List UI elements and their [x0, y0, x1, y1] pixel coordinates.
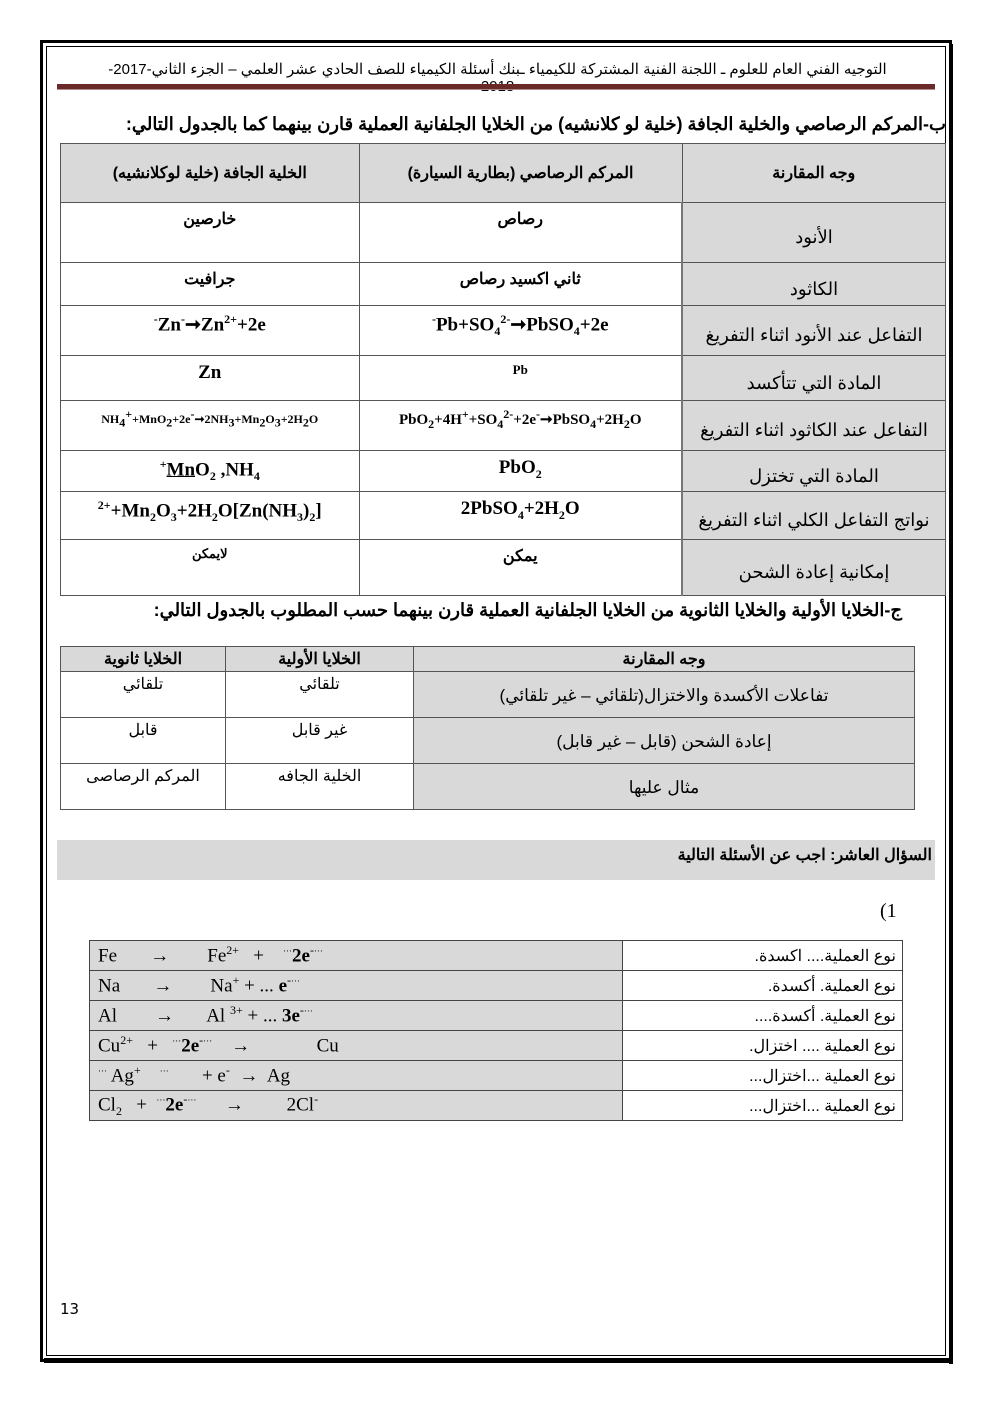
equation-cell: Na → Na+ + ... e-···: [90, 971, 623, 1001]
lead-cell: Pb+SO42-➞PbSO4+2e-: [359, 306, 682, 356]
question-10-banner: السؤال العاشر: اجب عن الأسئلة التالية: [57, 840, 935, 880]
lead-cell: PbO2+4H++SO42-+2e-➞PbSO4+2H2O: [359, 401, 682, 451]
column-header: الخلايا ثانوية: [61, 647, 226, 672]
row-label: إمكانية إعادة الشحن: [682, 540, 946, 596]
primary-cell: غير قابل: [226, 718, 414, 764]
row-label: المادة التي تختزل: [682, 451, 946, 492]
table-row: إعادة الشحن (قابل – غير قابل) غير قابل ق…: [61, 718, 915, 764]
dry-cell: جرافيت: [61, 263, 360, 306]
primary-cell: تلقائي: [226, 672, 414, 718]
dry-cell: Zn-➞Zn2++2e-: [61, 306, 360, 356]
process-type-cell: نوع العملية. أكسدة....: [623, 1001, 903, 1031]
table-row: التفاعل عند الكاثود اثناء التفريغ PbO2+4…: [61, 401, 946, 451]
lead-cell: رصاص: [359, 203, 682, 263]
page-number: 13: [60, 1300, 79, 1318]
process-type-cell: نوع العملية. أكسدة.: [623, 971, 903, 1001]
secondary-cell: تلقائي: [61, 672, 226, 718]
table-row: نواتج التفاعل الكلي اثناء التفريغ 2PbSO4…: [61, 492, 946, 540]
dry-cell: [Zn(NH3)2]2++Mn2O3+2H2O: [61, 492, 360, 540]
item-number: (1: [880, 900, 897, 923]
primary-vs-secondary-cells-table: وجه المقارنة الخلايا الأولية الخلايا ثان…: [60, 646, 915, 810]
primary-cell: الخلية الجافه: [226, 764, 414, 810]
table-row: الأنود رصاص خارصين: [61, 203, 946, 263]
column-header: وجه المقارنة: [414, 647, 915, 672]
dry-cell: NH4++MnO2+2e-➞2NH3+Mn2O3+2H2O: [61, 401, 360, 451]
lead-vs-dry-cell-table: وجه المقارنة المركم الرصاصي (بطارية السي…: [60, 143, 946, 596]
row-label: المادة التي تتأكسد: [682, 356, 946, 401]
column-header: المركم الرصاصي (بطارية السيارة): [359, 144, 682, 203]
table-row: الكاثود ثاني اكسيد رصاص جرافيت: [61, 263, 946, 306]
header-divider: [57, 84, 935, 90]
dry-cell: خارصين: [61, 203, 360, 263]
row-label: إعادة الشحن (قابل – غير قابل): [414, 718, 915, 764]
table-row: المادة التي تختزل PbO2 MnO2 ,NH4+: [61, 451, 946, 492]
equation-cell: ··· Ag+ ··· + e- → Ag: [90, 1061, 623, 1091]
process-type-cell: نوع العملية .... اختزال.: [623, 1031, 903, 1061]
dry-cell: MnO2 ,NH4+: [61, 451, 360, 492]
section-c-title: ج-الخلايا الأولية والخلايا الثانوية من ا…: [154, 600, 902, 621]
row-label: تفاعلات الأكسدة والاختزال(تلقائي – غير ت…: [414, 672, 915, 718]
lead-cell: PbO2: [359, 451, 682, 492]
page-border-shadow: [949, 44, 953, 1364]
row-label: التفاعل عند الأنود اثناء التفريغ: [682, 306, 946, 356]
row-label: نواتج التفاعل الكلي اثناء التفريغ: [682, 492, 946, 540]
secondary-cell: المركم الرصاصى: [61, 764, 226, 810]
lead-cell: يمكن: [359, 540, 682, 596]
column-header: وجه المقارنة: [682, 144, 946, 203]
lead-cell: 2PbSO4+2H2O: [359, 492, 682, 540]
column-header: الخلايا الأولية: [226, 647, 414, 672]
dry-cell: لايمكن: [61, 540, 360, 596]
lead-cell: Pb: [359, 356, 682, 401]
row-label: الكاثود: [682, 263, 946, 306]
equation-cell: Cl2 + ···2e-··· → 2Cl-: [90, 1091, 623, 1121]
column-header: الخلية الجافة (خلية لوكلانشيه): [61, 144, 360, 203]
dry-cell: Zn: [61, 356, 360, 401]
table-row: Cl2 + ···2e-··· → 2Cl- نوع العملية ...اخ…: [90, 1091, 903, 1121]
table-row: Fe → Fe2+ + ···2e-··· نوع العملية.... اك…: [90, 941, 903, 971]
equation-cell: Al → Al 3+ + ... 3e-···: [90, 1001, 623, 1031]
secondary-cell: قابل: [61, 718, 226, 764]
table-row: ··· Ag+ ··· + e- → Ag نوع العملية ...اخت…: [90, 1061, 903, 1091]
section-b-title: ب-المركم الرصاصي والخلية الجافة (خلية لو…: [126, 114, 946, 135]
process-type-cell: نوع العملية.... اكسدة.: [623, 941, 903, 971]
redox-process-table: Fe → Fe2+ + ···2e-··· نوع العملية.... اك…: [89, 940, 903, 1121]
equation-cell: Fe → Fe2+ + ···2e-···: [90, 941, 623, 971]
lead-cell: ثاني اكسيد رصاص: [359, 263, 682, 306]
table-row: المادة التي تتأكسد Pb Zn: [61, 356, 946, 401]
table-row: إمكانية إعادة الشحن يمكن لايمكن: [61, 540, 946, 596]
table-header-row: وجه المقارنة الخلايا الأولية الخلايا ثان…: [61, 647, 915, 672]
table-header-row: وجه المقارنة المركم الرصاصي (بطارية السي…: [61, 144, 946, 203]
row-label: الأنود: [682, 203, 946, 263]
table-row: Na → Na+ + ... e-··· نوع العملية. أكسدة.: [90, 971, 903, 1001]
question-10-title: السؤال العاشر: اجب عن الأسئلة التالية: [678, 845, 932, 865]
table-row: تفاعلات الأكسدة والاختزال(تلقائي – غير ت…: [61, 672, 915, 718]
table-row: التفاعل عند الأنود اثناء التفريغ Pb+SO42…: [61, 306, 946, 356]
page-border-shadow: [44, 1358, 953, 1363]
process-type-cell: نوع العملية ...اختزال...: [623, 1061, 903, 1091]
table-row: مثال عليها الخلية الجافه المركم الرصاصى: [61, 764, 915, 810]
table-row: Al → Al 3+ + ... 3e-··· نوع العملية. أكس…: [90, 1001, 903, 1031]
row-label: مثال عليها: [414, 764, 915, 810]
row-label: التفاعل عند الكاثود اثناء التفريغ: [682, 401, 946, 451]
process-type-cell: نوع العملية ...اختزال...: [623, 1091, 903, 1121]
table-row: Cu2+ + ···2e-··· → Cu نوع العملية .... ا…: [90, 1031, 903, 1061]
equation-cell: Cu2+ + ···2e-··· → Cu: [90, 1031, 623, 1061]
